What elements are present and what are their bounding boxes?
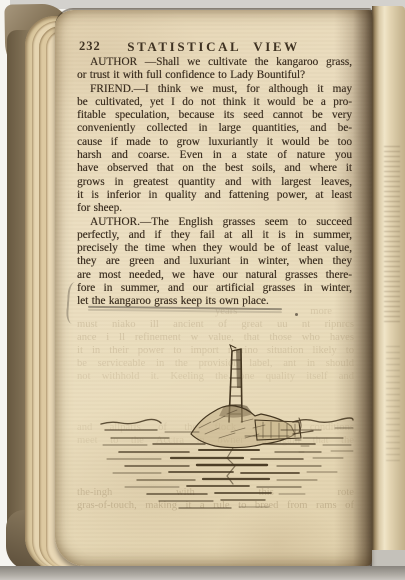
- text-line: precisely the time when they would be of…: [77, 242, 352, 255]
- running-title: STATISTICAL VIEW: [77, 39, 350, 55]
- text-line: it is inferior in quality and fattening …: [77, 189, 352, 202]
- facing-page-text: [384, 146, 400, 326]
- ink-bleedthrough-line: must niako ill ancient of great uu nt ri…: [77, 319, 354, 331]
- scanner-background-top: [10, 0, 405, 9]
- text-line: harsh and coarse. Even in a state of nat…: [77, 149, 352, 162]
- book-page: 232 STATISTICAL VIEW AUTHOR —Shall we cu…: [55, 10, 372, 566]
- text-line: perfectly, and if they fail at all it is…: [77, 229, 352, 242]
- text-line: cause if made to grow luxuriantly it wou…: [77, 136, 352, 149]
- text-line: or trust it with full confidence to Lady…: [77, 69, 352, 82]
- scanner-background-bottom: [0, 566, 405, 580]
- text-line: AUTHOR.—The English grasses seem to succ…: [77, 216, 352, 229]
- book-scan: 232 STATISTICAL VIEW AUTHOR —Shall we cu…: [0, 0, 405, 580]
- pencil-bracket-annotation: [66, 282, 80, 325]
- facing-page-edge: [372, 6, 405, 555]
- text-line: be cultivated, yet I do not think it wou…: [77, 96, 352, 109]
- island-tower-illustration: [95, 342, 359, 518]
- text-line: they are green and luxuriant in winter, …: [77, 255, 352, 268]
- body-text: AUTHOR —Shall we cultivate the kangaroo …: [77, 56, 352, 309]
- text-line: FRIEND.—I think we must, for although it…: [77, 83, 352, 96]
- text-line: are most needed, we have our natural gra…: [77, 269, 352, 282]
- text-line: fore in summer, and our artificial grass…: [77, 282, 352, 295]
- text-line: conveniently collected in large quantiti…: [77, 122, 352, 135]
- text-line: have observed that on the best soils, an…: [77, 162, 352, 175]
- text-line: AUTHOR —Shall we cultivate the kangaroo …: [77, 56, 352, 69]
- text-line: fitable speculation, because its seed ca…: [77, 109, 352, 122]
- facing-page-text: [386, 346, 400, 466]
- pencil-dot-annotation: [295, 313, 298, 316]
- page-number: 232: [79, 39, 101, 54]
- text-line: grows in greatest quantity and with larg…: [77, 176, 352, 189]
- text-line: for sheep.: [77, 202, 352, 215]
- page-header: 232 STATISTICAL VIEW: [77, 39, 350, 55]
